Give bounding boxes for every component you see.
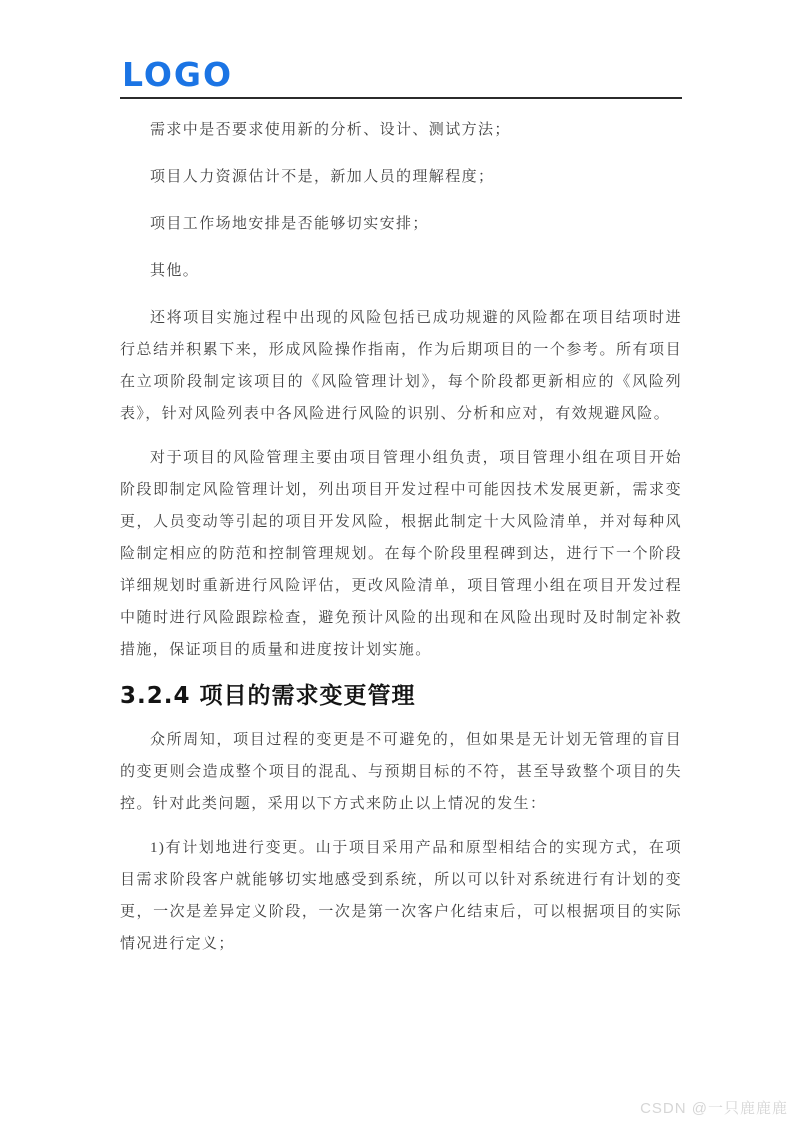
section-heading: 3.2.4 项目的需求变更管理 [120, 680, 682, 712]
header-divider [120, 97, 682, 99]
paragraph-intro-3: 项目工作场地安排是否能够切实安排； [120, 208, 682, 240]
paragraph-risk-summary: 还将项目实施过程中出现的风险包括已成功规避的风险都在项目结项时进行总结并积累下来… [120, 302, 682, 430]
paragraph-intro-2: 项目人力资源估计不是，新加人员的理解程度； [120, 161, 682, 193]
paragraph-change-intro: 众所周知，项目过程的变更是不可避免的，但如果是无计划无管理的盲目的变更则会造成整… [120, 724, 682, 820]
paragraph-change-item-1: 1)有计划地进行变更。山于项目采用产品和原型相结合的实现方式，在项目需求阶段客户… [120, 832, 682, 960]
paragraph-risk-management: 对于项目的风险管理主要由项目管理小组负责，项目管理小组在项目开始阶段即制定风险管… [120, 442, 682, 666]
document-page: LOGO 需求中是否要求使用新的分析、设计、测试方法； 项目人力资源估计不是，新… [120, 58, 682, 972]
paragraph-intro-4: 其他。 [120, 255, 682, 287]
paragraph-intro-1: 需求中是否要求使用新的分析、设计、测试方法； [120, 114, 682, 146]
logo-text: LOGO [122, 58, 682, 92]
watermark: CSDN @一只鹿鹿鹿 [640, 1097, 788, 1118]
